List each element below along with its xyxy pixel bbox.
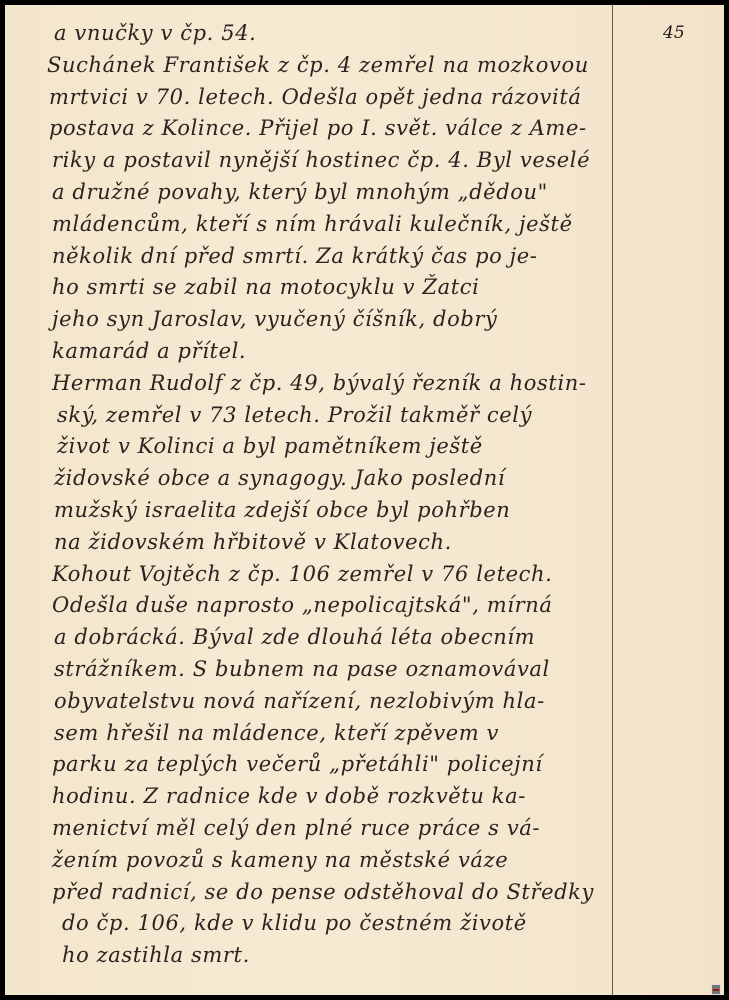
text-line: ský, zemřel v 73 letech. Prožil takměř c… bbox=[57, 403, 532, 427]
text-line: mládencům, kteří s ním hrávali kulečník,… bbox=[52, 212, 573, 236]
text-line: Odešla duše naprosto „nepolicajtská", mí… bbox=[52, 593, 552, 617]
text-line: Herman Rudolf z čp. 49, bývalý řezník a … bbox=[52, 371, 587, 395]
text-line: strážníkem. S bubnem na pase oznamovával bbox=[54, 657, 550, 681]
margin-rule bbox=[612, 5, 613, 995]
text-line: žením povozů s kameny na městské váze bbox=[52, 848, 508, 872]
text-line: na židovském hřbitově v Klatovech. bbox=[54, 530, 452, 554]
text-line: několik dní před smrtí. Za krátký čas po… bbox=[52, 244, 537, 268]
text-line: ho smrti se zabil na motocyklu v Žatci bbox=[52, 275, 479, 299]
text-line: kamarád a přítel. bbox=[52, 339, 246, 363]
text-line: a družné povahy, který byl mnohým „dědou… bbox=[52, 180, 548, 204]
text-line: mrtvici v 70. letech. Odešla opět jedna … bbox=[49, 85, 582, 109]
resize-grip-icon[interactable] bbox=[711, 984, 721, 995]
text-line: obyvatelstvu nová nařízení, nezlobivým h… bbox=[54, 689, 545, 713]
text-line: parku za teplých večerů „přetáhli" polic… bbox=[52, 752, 543, 776]
text-line: sem hřešil na mládence, kteří zpěvem v bbox=[54, 721, 499, 745]
text-line: hodinu. Z radnice kde v době rozkvětu ka… bbox=[52, 784, 526, 808]
manuscript-page: 45 a vnučky v čp. 54.Suchánek František … bbox=[5, 5, 724, 995]
text-line: ho zastihla smrt. bbox=[62, 943, 250, 967]
text-line: život v Kolinci a byl pamětníkem ještě bbox=[57, 434, 483, 458]
text-line: a vnučky v čp. 54. bbox=[54, 21, 256, 45]
text-line: menictví měl celý den plné ruce práce s … bbox=[52, 816, 540, 840]
text-line: před radnicí, se do pense odstěhoval do … bbox=[52, 880, 594, 904]
text-line: Suchánek František z čp. 4 zemřel na moz… bbox=[47, 53, 589, 77]
text-line: do čp. 106, kde v klidu po čestném život… bbox=[62, 911, 527, 935]
text-line: židovské obce a synagogy. Jako poslední bbox=[54, 466, 505, 490]
text-line: mužský israelita zdejší obce byl pohřben bbox=[54, 498, 510, 522]
page-number: 45 bbox=[663, 23, 685, 43]
text-line: riky a postavil nynější hostinec čp. 4. … bbox=[52, 148, 590, 172]
text-line: postava z Kolince. Přijel po I. svět. vá… bbox=[49, 116, 587, 140]
text-line: a dobrácká. Býval zde dlouhá léta obecní… bbox=[54, 625, 535, 649]
text-line: Kohout Vojtěch z čp. 106 zemřel v 76 let… bbox=[52, 562, 552, 586]
text-line: jeho syn Jaroslav, vyučený číšník, dobrý bbox=[52, 307, 498, 331]
